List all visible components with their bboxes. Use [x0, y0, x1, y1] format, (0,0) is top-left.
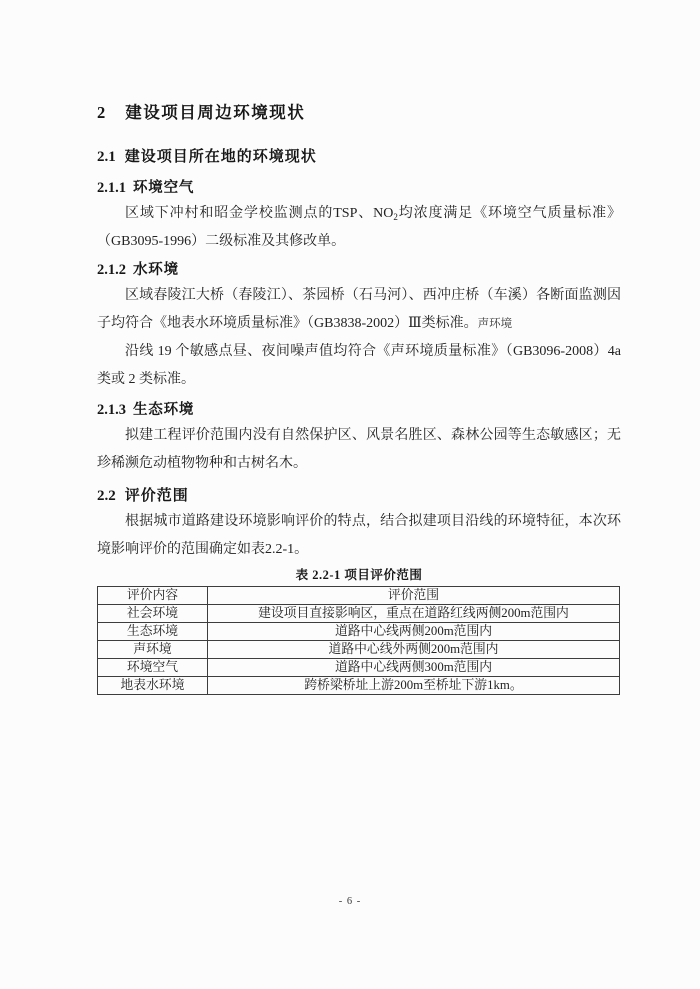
table-header-cell: 评价内容 [98, 587, 208, 605]
section-title: 生态环境 [133, 402, 194, 418]
section-title: 评价范围 [125, 488, 189, 504]
section-heading-2-1-1: 2.1.1环境空气 [97, 179, 621, 197]
table-cell-category: 地表水环境 [98, 677, 208, 695]
section-title: 建设项目周边环境现状 [125, 103, 305, 122]
section-heading-2-1-3: 2.1.3生态环境 [97, 401, 621, 419]
paragraph-noise: 沿线 19 个敏感点昼、夜间噪声值均符合《声环境质量标准》（GB3096-200… [97, 338, 621, 394]
section-number: 2 [97, 103, 105, 122]
section-title: 水环境 [133, 262, 179, 278]
table-row: 环境空气 道路中心线两侧300m范围内 [98, 659, 620, 677]
paragraph-air-quality: 区域下冲村和昭金学校监测点的TSP、NO2均浓度满足《环境空气质量标准》（GB3… [97, 200, 621, 256]
section-number: 2.1.1 [97, 180, 126, 196]
paragraph-text: 沿线 19 个敏感点昼、夜间噪声值均符合《声环境质量标准》（GB3096-200… [97, 344, 621, 387]
table-cell-scope: 道路中心线两侧200m范围内 [208, 623, 620, 641]
section-title: 环境空气 [133, 180, 194, 196]
page-number: - 6 - [0, 896, 700, 907]
table-row: 地表水环境 跨桥梁桥址上游200m至桥址下游1km。 [98, 677, 620, 695]
table-row: 生态环境 道路中心线两侧200m范围内 [98, 623, 620, 641]
table-cell-category: 声环境 [98, 641, 208, 659]
paragraph-text: 根据城市道路建设环境影响评价的特点，结合拟建项目沿线的环境特征，本次环境影响评价… [97, 514, 621, 557]
table-header-cell: 评价范围 [208, 587, 620, 605]
paragraph-water-quality: 区域春陵江大桥（春陵江）、茶园桥（石马河）、西冲庄桥（车溪）各断面监测因子均符合… [97, 282, 621, 338]
paragraph-assessment-scope: 根据城市道路建设环境影响评价的特点，结合拟建项目沿线的环境特征，本次环境影响评价… [97, 508, 621, 564]
section-heading-2: 2建设项目周边环境现状 [97, 103, 621, 123]
evaluation-scope-table: 评价内容 评价范围 社会环境 建设项目直接影响区，重点在道路红线两侧200m范围… [97, 586, 620, 695]
table-header-row: 评价内容 评价范围 [98, 587, 620, 605]
section-heading-2-1: 2.1建设项目所在地的环境现状 [97, 148, 621, 166]
paragraph-text: 拟建工程评价范围内没有自然保护区、风景名胜区、森林公园等生态敏感区；无珍稀濒危动… [97, 428, 621, 471]
table-row: 声环境 道路中心线外两侧200m范围内 [98, 641, 620, 659]
section-title: 建设项目所在地的环境现状 [125, 149, 317, 165]
paragraph-text: 区域春陵江大桥（春陵江）、茶园桥（石马河）、西冲庄桥（车溪）各断面监测因子均符合… [97, 288, 621, 331]
section-heading-2-1-2: 2.1.2水环境 [97, 261, 621, 279]
paragraph-ecology: 拟建工程评价范围内没有自然保护区、风景名胜区、森林公园等生态敏感区；无珍稀濒危动… [97, 422, 621, 478]
section-heading-2-2: 2.2评价范围 [97, 487, 621, 505]
section-number: 2.2 [97, 488, 116, 504]
section-number: 2.1.3 [97, 402, 126, 418]
section-number: 2.1.2 [97, 262, 126, 278]
document-content: 2建设项目周边环境现状 2.1建设项目所在地的环境现状 2.1.1环境空气 区域… [97, 103, 621, 695]
paragraph-text: 区域下冲村和昭金学校监测点的TSP、NO [125, 206, 393, 221]
section-number: 2.1 [97, 149, 116, 165]
table-cell-scope: 跨桥梁桥址上游200m至桥址下游1km。 [208, 677, 620, 695]
table-cell-category: 环境空气 [98, 659, 208, 677]
table-title: 表 2.2-1 项目评价范围 [97, 567, 621, 583]
table-cell-category: 社会环境 [98, 605, 208, 623]
table-cell-scope: 建设项目直接影响区，重点在道路红线两侧200m范围内 [208, 605, 620, 623]
document-page: 2建设项目周边环境现状 2.1建设项目所在地的环境现状 2.1.1环境空气 区域… [0, 0, 700, 989]
table-row: 社会环境 建设项目直接影响区，重点在道路红线两侧200m范围内 [98, 605, 620, 623]
table-cell-scope: 道路中心线两侧300m范围内 [208, 659, 620, 677]
table-cell-scope: 道路中心线外两侧200m范围内 [208, 641, 620, 659]
paragraph-small-run: 声环境 [478, 318, 513, 330]
table-cell-category: 生态环境 [98, 623, 208, 641]
